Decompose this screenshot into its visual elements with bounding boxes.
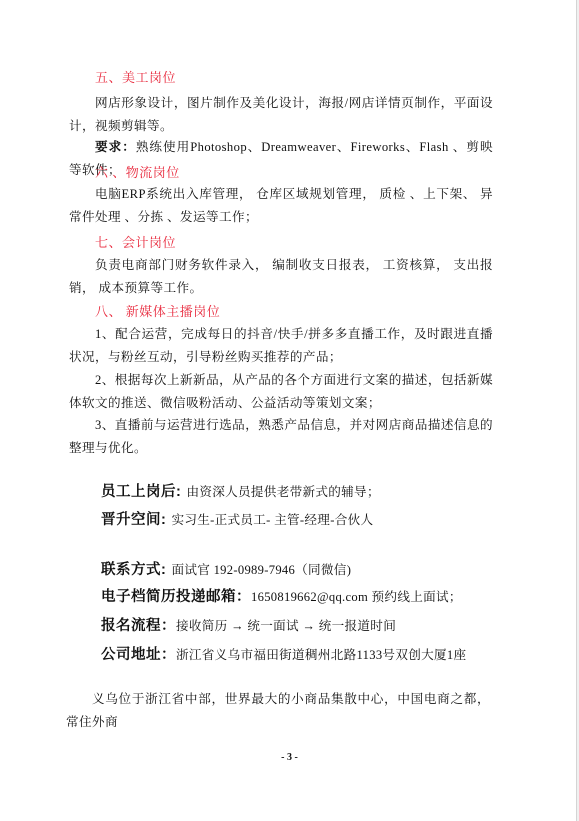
info-contact: 联系方式: 面试官 192-0989-7946（同微信) — [101, 558, 351, 579]
requirements-label: 要求： — [95, 140, 136, 154]
info-value: 实习生-正式员工- 主管-经理-合伙人 — [171, 513, 373, 527]
info-value: 浙江省义乌市福田街道稠州北路1133号双创大厦1座 — [176, 648, 466, 662]
section-accounting-description: 负责电商部门财务软件录入， 编制收支日报表， 工资核算， 支出报销， 成本预算等… — [69, 254, 493, 300]
yiwu-intro-paragraph: 义乌位于浙江省中部，世界最大的小商品集散中心，中国电商之都，常住外商 — [66, 688, 490, 734]
info-process: 报名流程：接收简历 → 统一面试 → 统一报道时间 — [101, 614, 396, 635]
info-label: 晋升空间: — [101, 512, 166, 528]
section-heading-logistics: 六 、物流岗位 — [95, 162, 180, 181]
info-promotion: 晋升空间: 实习生-正式员工- 主管-经理-合伙人 — [101, 508, 373, 529]
info-address: 公司地址：浙江省义乌市福田街道稠州北路1133号双创大厦1座 — [101, 643, 466, 664]
info-email: 电子档简历投递邮箱：1650819662@qq.com 预约线上面试； — [101, 585, 462, 606]
section-media-item-3: 3、直播前与运营进行选品，熟悉产品信息，并对网店商品描述信息的整理与优化。 — [69, 414, 493, 460]
info-label: 公司地址： — [101, 647, 176, 663]
section-media-item-1: 1、配合运营，完成每日的抖音/快手/拼多多直播工作，及时跟进直播状况，与粉丝互动… — [69, 323, 493, 369]
section-heading-accounting: 七、会计岗位 — [95, 232, 176, 251]
info-value: 面试官 192-0989-7946（同微信) — [171, 563, 351, 577]
section-design-description: 网店形象设计，图片制作及美化设计，海报/网店详情页制作，平面设计，视频剪辑等。 — [69, 92, 493, 138]
info-label: 报名流程： — [101, 618, 176, 634]
section-logistics-description: 电脑ERP系统出入库管理， 仓库区域规划管理， 质检 、上下架、 异常件处理 、… — [69, 183, 493, 229]
info-value: 1650819662@qq.com 预约线上面试； — [251, 590, 462, 604]
info-onboarding: 员工上岗后: 由资深人员提供老带新式的辅导； — [101, 480, 380, 501]
section-heading-design: 五、美工岗位 — [95, 67, 176, 86]
section-media-item-2: 2、根据每次上新新品，从产品的各个方面进行文案的描述，包括新媒体软文的推送、微信… — [69, 369, 493, 415]
info-label: 联系方式: — [101, 562, 166, 578]
section-heading-media-anchor: 八、 新媒体主播岗位 — [95, 301, 220, 320]
info-value: 接收简历 → 统一面试 → 统一报道时间 — [176, 619, 396, 633]
info-label: 电子档简历投递邮箱： — [101, 589, 251, 605]
info-value: 由资深人员提供老带新式的辅导； — [186, 485, 379, 499]
page-number: - 3 - — [0, 752, 579, 763]
info-label: 员工上岗后: — [101, 484, 181, 500]
